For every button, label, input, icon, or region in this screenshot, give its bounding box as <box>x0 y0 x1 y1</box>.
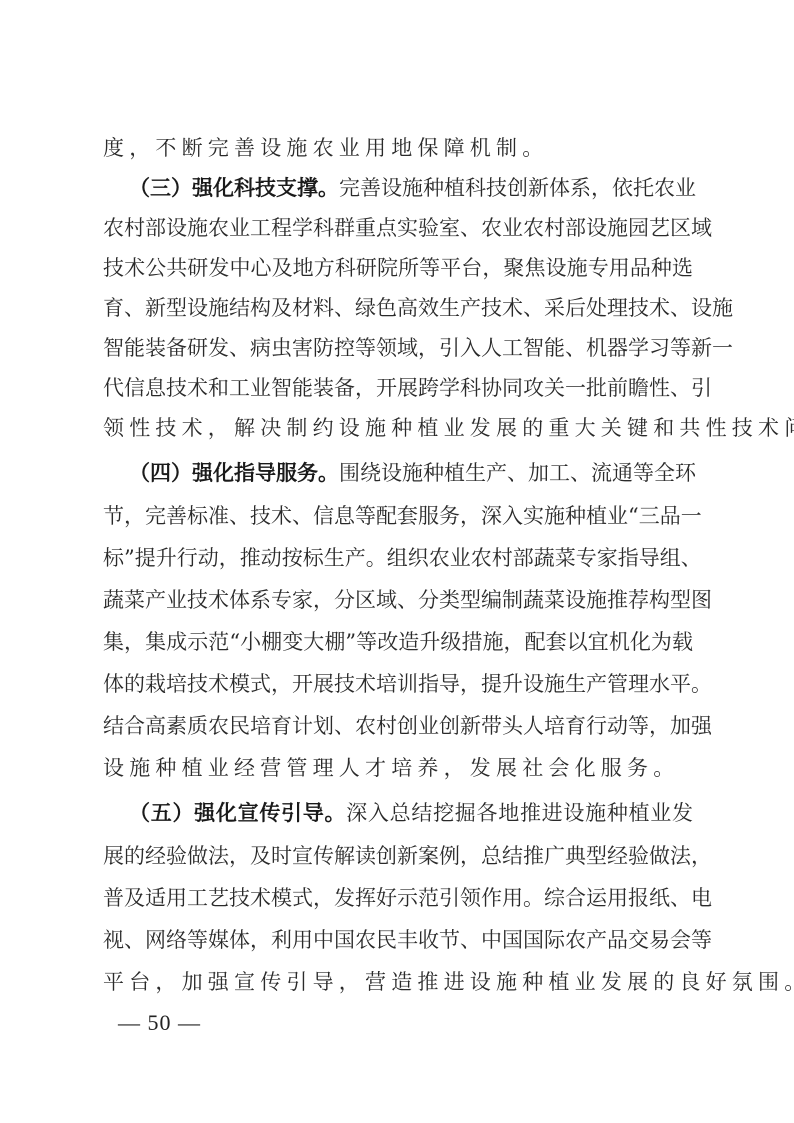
line-text: 深入总结挖掘各地推进设施种植业发 <box>346 801 693 825</box>
text-line: 视、网络等媒体，利用中国农民丰收节、中国国际农产品交易会等 <box>103 920 693 960</box>
line-text: 集，集成示范“小棚变大棚”等改造升级措施，配套以宜机化为载 <box>103 630 693 654</box>
line-text: 平台，加强宣传引导，营造推进设施种植业发展的良好氛围。 <box>103 970 794 994</box>
text-line: 育、新型设施结构及材料、绿色高效生产技术、采后处理技术、设施 <box>103 288 693 328</box>
document-page: 度，不断完善设施农业用地保障机制。 （三）强化科技支撑。完善设施种植科技创新体系… <box>0 0 794 1123</box>
text-line: 农村部设施农业工程学科群重点实验室、农业农村部设施园艺区域 <box>103 208 693 248</box>
section-heading-5: （五）强化宣传引导。 <box>129 801 346 825</box>
line-text: 标”提升行动，推动按标生产。组织农业农村部蔬菜专家指导组、 <box>103 546 702 570</box>
line-text: 代信息技术和工业智能装备，开展跨学科协同攻关一批前瞻性、引 <box>103 376 712 400</box>
line-text: 视、网络等媒体，利用中国农民丰收节、中国国际农产品交易会等 <box>103 928 712 952</box>
text-line: 度，不断完善设施农业用地保障机制。 <box>103 128 693 168</box>
text-line: 结合高素质农民培育计划、农村创业创新带头人培育行动等，加强 <box>103 706 693 746</box>
line-text: 设施种植业经营管理人才培养，发展社会化服务。 <box>103 756 679 780</box>
line-text: 完善设施种植科技创新体系，依托农业 <box>339 176 696 200</box>
line-text: 节，完善标准、技术、信息等配套服务，深入实施种植业“三品一 <box>103 504 702 528</box>
line-text: 度，不断完善设施农业用地保障机制。 <box>103 136 548 160</box>
line-text: 领性技术，解决制约设施种植业发展的重大关键和共性技术问题。 <box>103 416 794 440</box>
text-line: 标”提升行动，推动按标生产。组织农业农村部蔬菜专家指导组、 <box>103 538 693 578</box>
text-line: 节，完善标准、技术、信息等配套服务，深入实施种植业“三品一 <box>103 496 693 536</box>
line-text: 蔬菜产业技术体系专家，分区域、分类型编制蔬菜设施推荐构型图 <box>103 588 712 612</box>
line-text: 展的经验做法，及时宣传解读创新案例，总结推广典型经验做法， <box>103 844 712 868</box>
line-text: 围绕设施种植生产、加工、流通等全环 <box>339 461 696 485</box>
line-text: 智能装备研发、病虫害防控等领域，引入人工智能、机器学习等新一 <box>103 336 733 360</box>
text-line: 体的栽培技术模式，开展技术培训指导，提升设施生产管理水平。 <box>103 664 693 704</box>
section-heading-line: （五）强化宣传引导。深入总结挖掘各地推进设施种植业发 <box>103 793 693 833</box>
text-line: 平台，加强宣传引导，营造推进设施种植业发展的良好氛围。 <box>103 962 693 1002</box>
line-text: 结合高素质农民培育计划、农村创业创新带头人培育行动等，加强 <box>103 714 712 738</box>
text-line: 领性技术，解决制约设施种植业发展的重大关键和共性技术问题。 <box>103 408 693 448</box>
page-number: — 50 — <box>118 1010 201 1036</box>
line-text: 体的栽培技术模式，开展技术培训指导，提升设施生产管理水平。 <box>103 672 712 696</box>
text-line: 代信息技术和工业智能装备，开展跨学科协同攻关一批前瞻性、引 <box>103 368 693 408</box>
text-line: 普及适用工艺技术模式，发挥好示范引领作用。综合运用报纸、电 <box>103 878 693 918</box>
section-heading-line: （四）强化指导服务。围绕设施种植生产、加工、流通等全环 <box>103 453 693 493</box>
text-line: 技术公共研发中心及地方科研院所等平台，聚焦设施专用品种选 <box>103 248 693 288</box>
section-heading-line: （三）强化科技支撑。完善设施种植科技创新体系，依托农业 <box>103 168 693 208</box>
line-text: 育、新型设施结构及材料、绿色高效生产技术、采后处理技术、设施 <box>103 296 733 320</box>
text-line: 集，集成示范“小棚变大棚”等改造升级措施，配套以宜机化为载 <box>103 622 693 662</box>
text-line: 蔬菜产业技术体系专家，分区域、分类型编制蔬菜设施推荐构型图 <box>103 580 693 620</box>
line-text: 普及适用工艺技术模式，发挥好示范引领作用。综合运用报纸、电 <box>103 886 712 910</box>
text-line: 设施种植业经营管理人才培养，发展社会化服务。 <box>103 748 693 788</box>
line-text: 农村部设施农业工程学科群重点实验室、农业农村部设施园艺区域 <box>103 216 712 240</box>
text-line: 展的经验做法，及时宣传解读创新案例，总结推广典型经验做法， <box>103 836 693 876</box>
text-line: 智能装备研发、病虫害防控等领域，引入人工智能、机器学习等新一 <box>103 328 693 368</box>
section-heading-3: （三）强化科技支撑。 <box>129 176 339 200</box>
section-heading-4: （四）强化指导服务。 <box>129 461 339 485</box>
line-text: 技术公共研发中心及地方科研院所等平台，聚焦设施专用品种选 <box>103 256 693 280</box>
